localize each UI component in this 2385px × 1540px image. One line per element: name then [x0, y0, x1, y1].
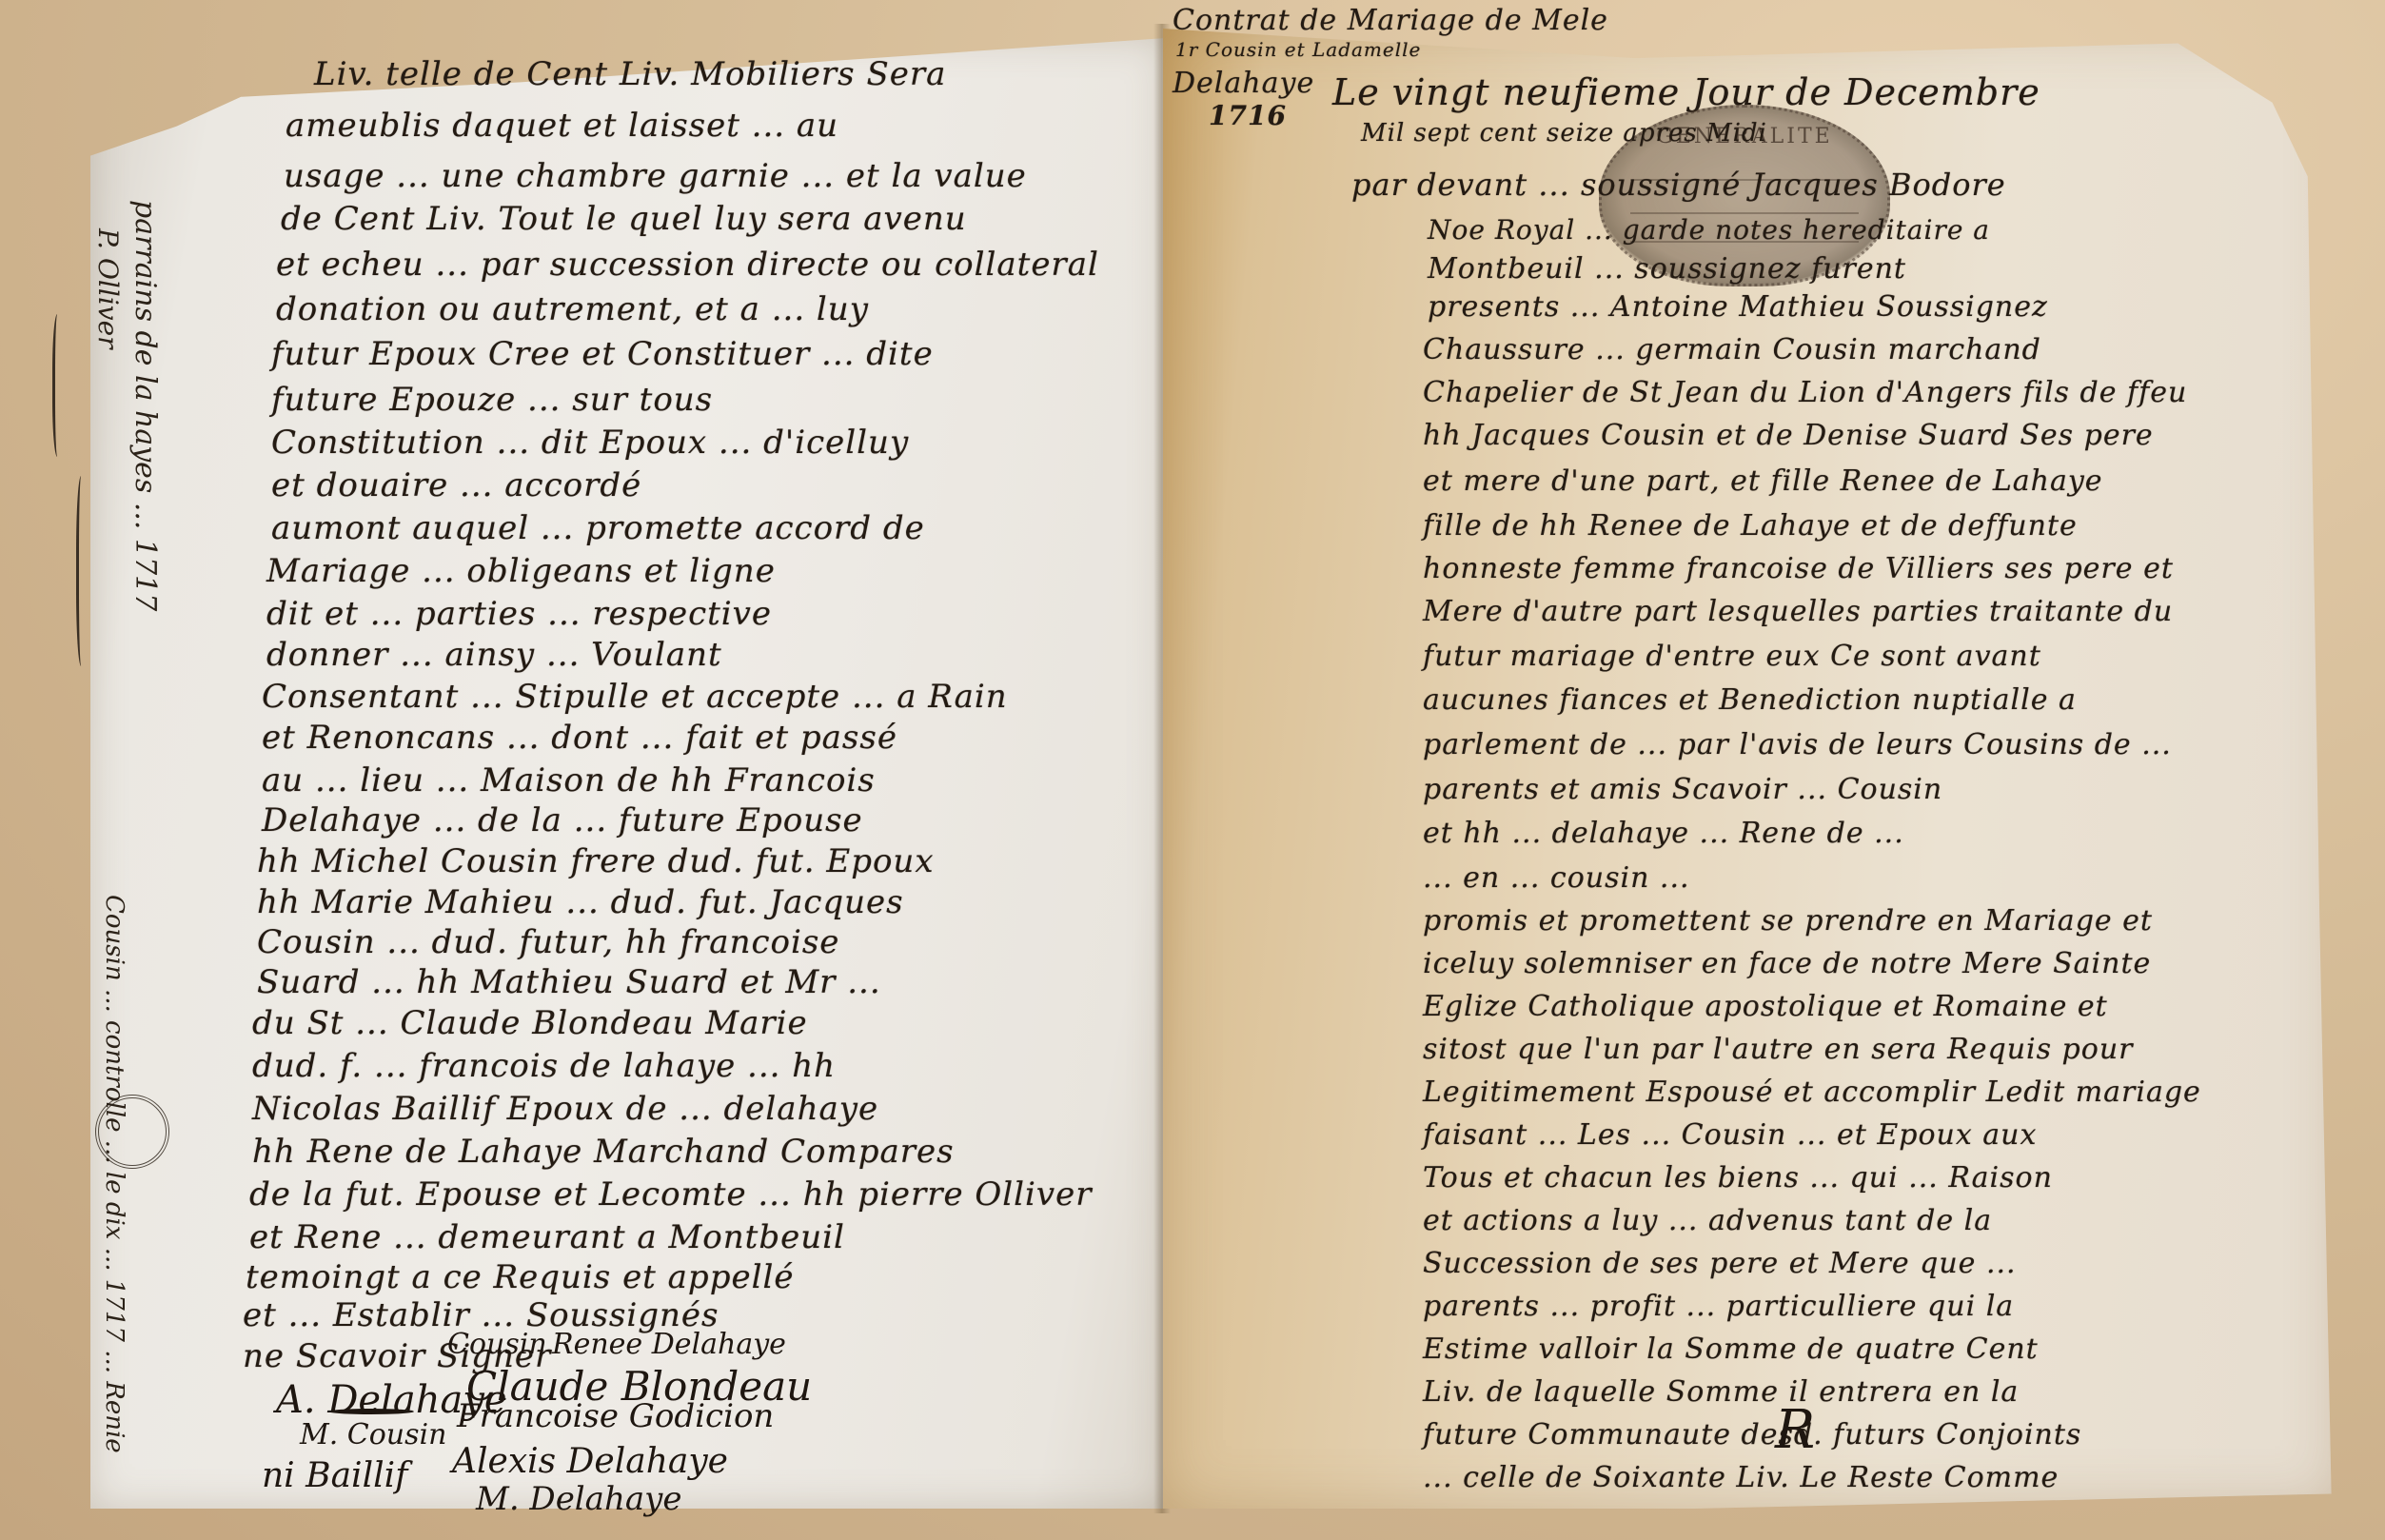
- right-line: Estime valloir la Somme de quatre Cent: [1423, 1333, 2039, 1366]
- right-line: et actions a luy ... advenus tant de la: [1423, 1204, 1992, 1237]
- left-line: temoingt a ce Requis et appellé: [246, 1258, 794, 1296]
- right-line: Legitimement Espousé et accomplir Ledit …: [1423, 1076, 2201, 1109]
- signature: Cousin: [447, 1328, 547, 1361]
- right-line: parents ... profit ... particulliere qui…: [1423, 1290, 2014, 1323]
- left-line: Nicolas Baillif Epoux de ... delahaye: [252, 1090, 878, 1128]
- signature: ni Baillif: [262, 1456, 407, 1495]
- signature-underline: [328, 1409, 414, 1414]
- right-line: parents et amis Scavoir ... Cousin: [1423, 773, 1942, 806]
- heading-year: 1716: [1209, 100, 1287, 131]
- right-line: Mil sept cent seize apres Midi: [1361, 119, 1767, 148]
- bracket-mark-icon: [76, 476, 89, 666]
- left-line: et douaire ... accordé: [271, 466, 641, 504]
- right-line: presents ... Antoine Mathieu Soussignez: [1428, 290, 2048, 324]
- left-line: Constitution ... dit Epoux ... d'icelluy: [271, 424, 909, 462]
- left-line: et echeu ... par succession directe ou c…: [276, 246, 1099, 284]
- right-line: honneste femme francoise de Villiers ses…: [1423, 552, 2174, 585]
- right-line: Mere d'autre part lesquelles parties tra…: [1423, 595, 2173, 628]
- heading-line: Contrat de Mariage de Mele: [1173, 4, 1608, 37]
- left-line: et Rene ... demeurant a Montbeuil: [249, 1218, 845, 1256]
- right-line: Chapelier de St Jean du Lion d'Angers fi…: [1423, 376, 2187, 409]
- left-line: ameublis daquet et laisset ... au: [286, 107, 838, 145]
- opening-line: Le vingt neufieme Jour de Decembre: [1332, 71, 2040, 113]
- left-line: dud. f. ... francois de lahaye ... hh: [252, 1047, 836, 1085]
- left-line: dit et ... parties ... respective: [266, 595, 772, 633]
- right-line: futur mariage d'entre eux Ce sont avant: [1423, 640, 2041, 673]
- margin-note: parrains de la hayes ... 1717: [128, 200, 162, 611]
- left-line: de Cent Liv. Tout le quel luy sera avenu: [281, 200, 967, 238]
- right-line: par devant ... soussigné Jacques Bodore: [1351, 167, 2006, 203]
- bracket-mark-icon: [52, 314, 65, 457]
- signature: Alexis Delahaye: [452, 1442, 728, 1481]
- left-line: hh Michel Cousin frere dud. fut. Epoux: [257, 842, 935, 880]
- left-line: Cousin ... dud. futur, hh francoise: [257, 923, 839, 961]
- margin-note: Cousin ... controlle ... le dix ... 1717…: [100, 895, 128, 1453]
- right-line: Tous et chacun les biens ... qui ... Rai…: [1423, 1161, 2053, 1194]
- left-line: futur Epoux Cree et Constituer ... dite: [271, 335, 934, 373]
- left-line: future Epouze ... sur tous: [271, 381, 713, 419]
- right-line: et hh ... delahaye ... Rene de ...: [1423, 817, 1904, 850]
- left-line: Delahaye ... de la ... future Epouse: [262, 801, 863, 839]
- heading-line: 1r Cousin et Ladamelle: [1175, 38, 1421, 61]
- right-line: et mere d'une part, et fille Renee de La…: [1423, 464, 2103, 498]
- paraph-flourish-icon: [95, 1095, 169, 1169]
- right-line: Eglize Catholique apostolique et Romaine…: [1423, 990, 2108, 1023]
- right-line: aucunes fiances et Benediction nuptialle…: [1423, 683, 2077, 717]
- left-line: Liv. telle de Cent Liv. Mobiliers Sera: [314, 55, 946, 93]
- left-line: de la fut. Epouse et Lecomte ... hh pier…: [249, 1175, 1092, 1214]
- right-line: Noe Royal ... garde notes hereditaire a: [1428, 214, 1990, 246]
- left-line: au ... lieu ... Maison de hh Francois: [262, 761, 876, 800]
- margin-note: P. Olliver: [92, 228, 124, 349]
- left-line: donner ... ainsy ... Voulant: [266, 636, 722, 674]
- left-line: donation ou autrement, et a ... luy: [276, 290, 869, 328]
- signature: M. Cousin: [300, 1418, 446, 1451]
- right-line: hh Jacques Cousin et de Denise Suard Ses…: [1423, 419, 2154, 452]
- left-line: Consentant ... Stipulle et accepte ... a…: [262, 678, 1008, 716]
- left-line: du St ... Claude Blondeau Marie: [252, 1004, 808, 1042]
- left-line: Suard ... hh Mathieu Suard et Mr ...: [257, 963, 881, 1001]
- right-line: Liv. de laquelle Somme il entrera en la: [1423, 1375, 2019, 1409]
- right-line: ... en ... cousin ...: [1423, 861, 1690, 895]
- signature: Renee Delahaye: [552, 1328, 786, 1361]
- left-line: hh Marie Mahieu ... dud. fut. Jacques: [257, 883, 904, 921]
- left-line: usage ... une chambre garnie ... et la v…: [284, 157, 1027, 195]
- right-line: sitost que l'un par l'autre en sera Requ…: [1423, 1033, 2133, 1066]
- left-line: et Renoncans ... dont ... fait et passé: [262, 719, 897, 757]
- left-line: hh Rene de Lahaye Marchand Compares: [252, 1133, 955, 1171]
- right-line: Montbeuil ... soussignez furent: [1428, 252, 1906, 286]
- right-line: fille de hh Renee de Lahaye et de deffun…: [1423, 509, 2078, 543]
- right-line: Chaussure ... germain Cousin marchand: [1423, 333, 2041, 366]
- right-line: iceluy solemniser en face de notre Mere …: [1423, 947, 2151, 980]
- signature: M. Delahaye: [476, 1480, 681, 1518]
- paraph-mark: R: [1775, 1399, 1815, 1461]
- right-line: parlement de ... par l'avis de leurs Cou…: [1423, 728, 2172, 761]
- right-line: promis et promettent se prendre en Maria…: [1423, 904, 2153, 938]
- signature: Francoise Godicion: [457, 1397, 774, 1435]
- right-line: ... celle de Soixante Liv. Le Reste Comm…: [1423, 1461, 2059, 1494]
- left-line: aumont auquel ... promette accord de: [271, 509, 925, 547]
- right-line: future Communaute desd. futurs Conjoints: [1423, 1418, 2081, 1451]
- heading-line: Delahaye: [1173, 67, 1314, 100]
- right-line: faisant ... Les ... Cousin ... et Epoux …: [1423, 1118, 2037, 1152]
- left-line: Mariage ... obligeans et ligne: [266, 552, 776, 590]
- right-line: Succession de ses pere et Mere que ...: [1423, 1247, 2017, 1280]
